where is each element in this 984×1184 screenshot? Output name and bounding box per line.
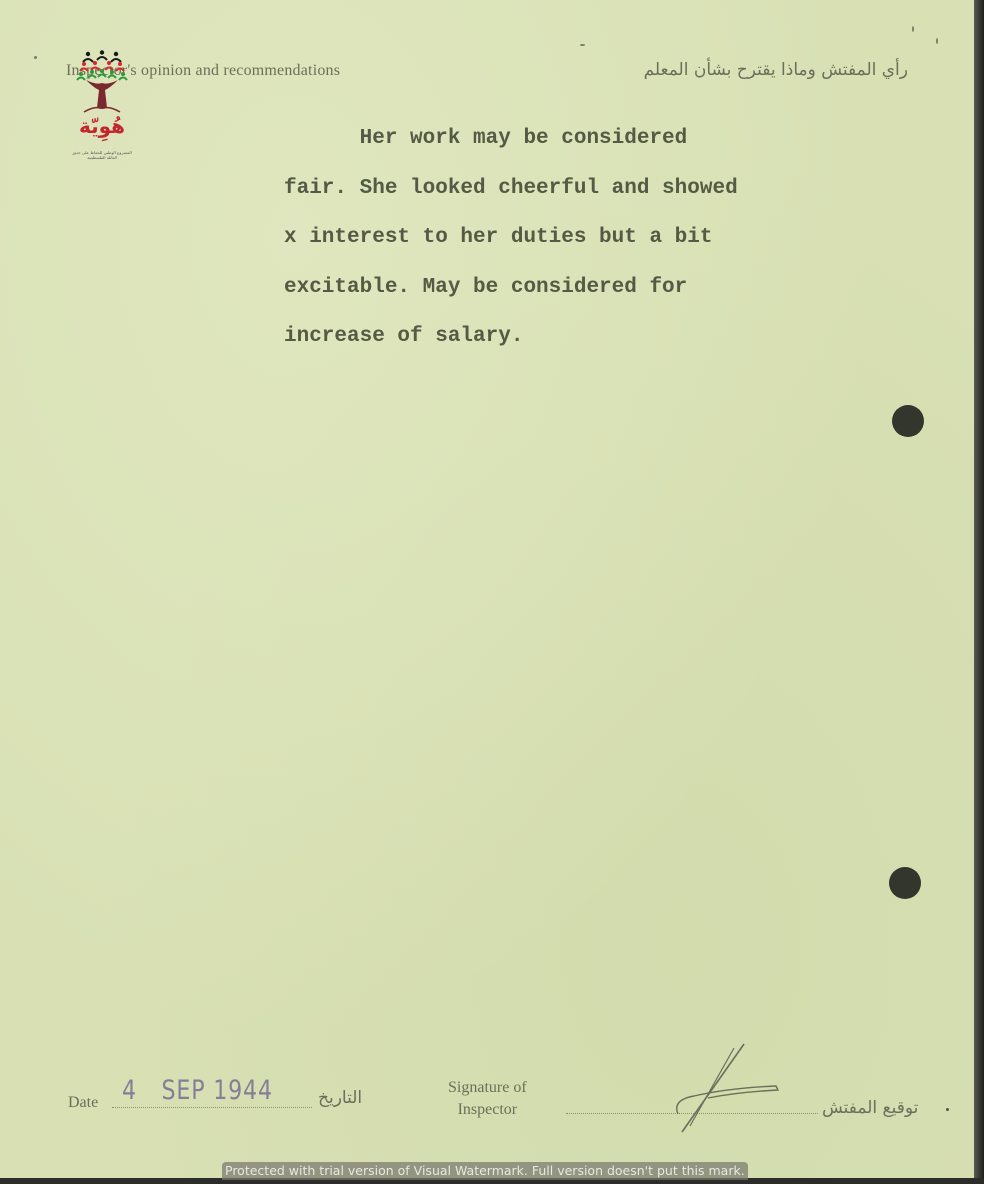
comment-line: fair. She looked cheerful and showed (284, 164, 844, 214)
date-stamp-month-year: SEP 1944 (162, 1075, 273, 1106)
paper-speck (34, 56, 37, 59)
logo-subtitle: المشروع الوطني للحفاظ على جذور العائلة ا… (72, 150, 132, 160)
archive-logo: هُوِيّة المشروع الوطني للحفاظ على جذور ا… (72, 50, 132, 165)
date-line (112, 1107, 312, 1108)
signature-label: Signature of Inspector (448, 1077, 527, 1121)
comment-line: Her work may be considered (284, 114, 844, 164)
document-page: Inspector's opinion and recommendations … (0, 0, 974, 1180)
paper-speck (936, 38, 938, 44)
signature-label-arabic: توقيع المفتش (822, 1098, 918, 1118)
punch-hole (889, 867, 921, 899)
paper-speck (912, 26, 914, 32)
comment-line: x interest to her duties but a bit (284, 213, 844, 263)
date-label-arabic: التاريخ (318, 1088, 362, 1108)
date-label: Date (68, 1094, 98, 1112)
logo-name: هُوِيّة (72, 114, 132, 138)
watermark-banner: Protected with trial version of Visual W… (222, 1162, 748, 1180)
page-edge-shadow (974, 0, 984, 1184)
header-title-arabic: رأي المفتش وماذا يقترح بشأن المعلم (644, 60, 908, 80)
comment-line: excitable. May be considered for (284, 263, 844, 313)
signature-label-line1: Signature of (448, 1077, 527, 1099)
date-stamp: 4SEP 1944 (122, 1075, 273, 1106)
punch-hole (892, 405, 924, 437)
family-tree-icon (72, 50, 132, 114)
paper-speck (946, 1108, 949, 1111)
signature-label-line2: Inspector (448, 1099, 527, 1121)
comment-line: increase of salary. (284, 312, 844, 362)
paper-speck (580, 44, 585, 46)
handwritten-signature-icon (668, 1040, 788, 1140)
date-stamp-day: 4 (122, 1075, 137, 1106)
inspector-comments: Her work may be considered fair. She loo… (284, 114, 844, 362)
